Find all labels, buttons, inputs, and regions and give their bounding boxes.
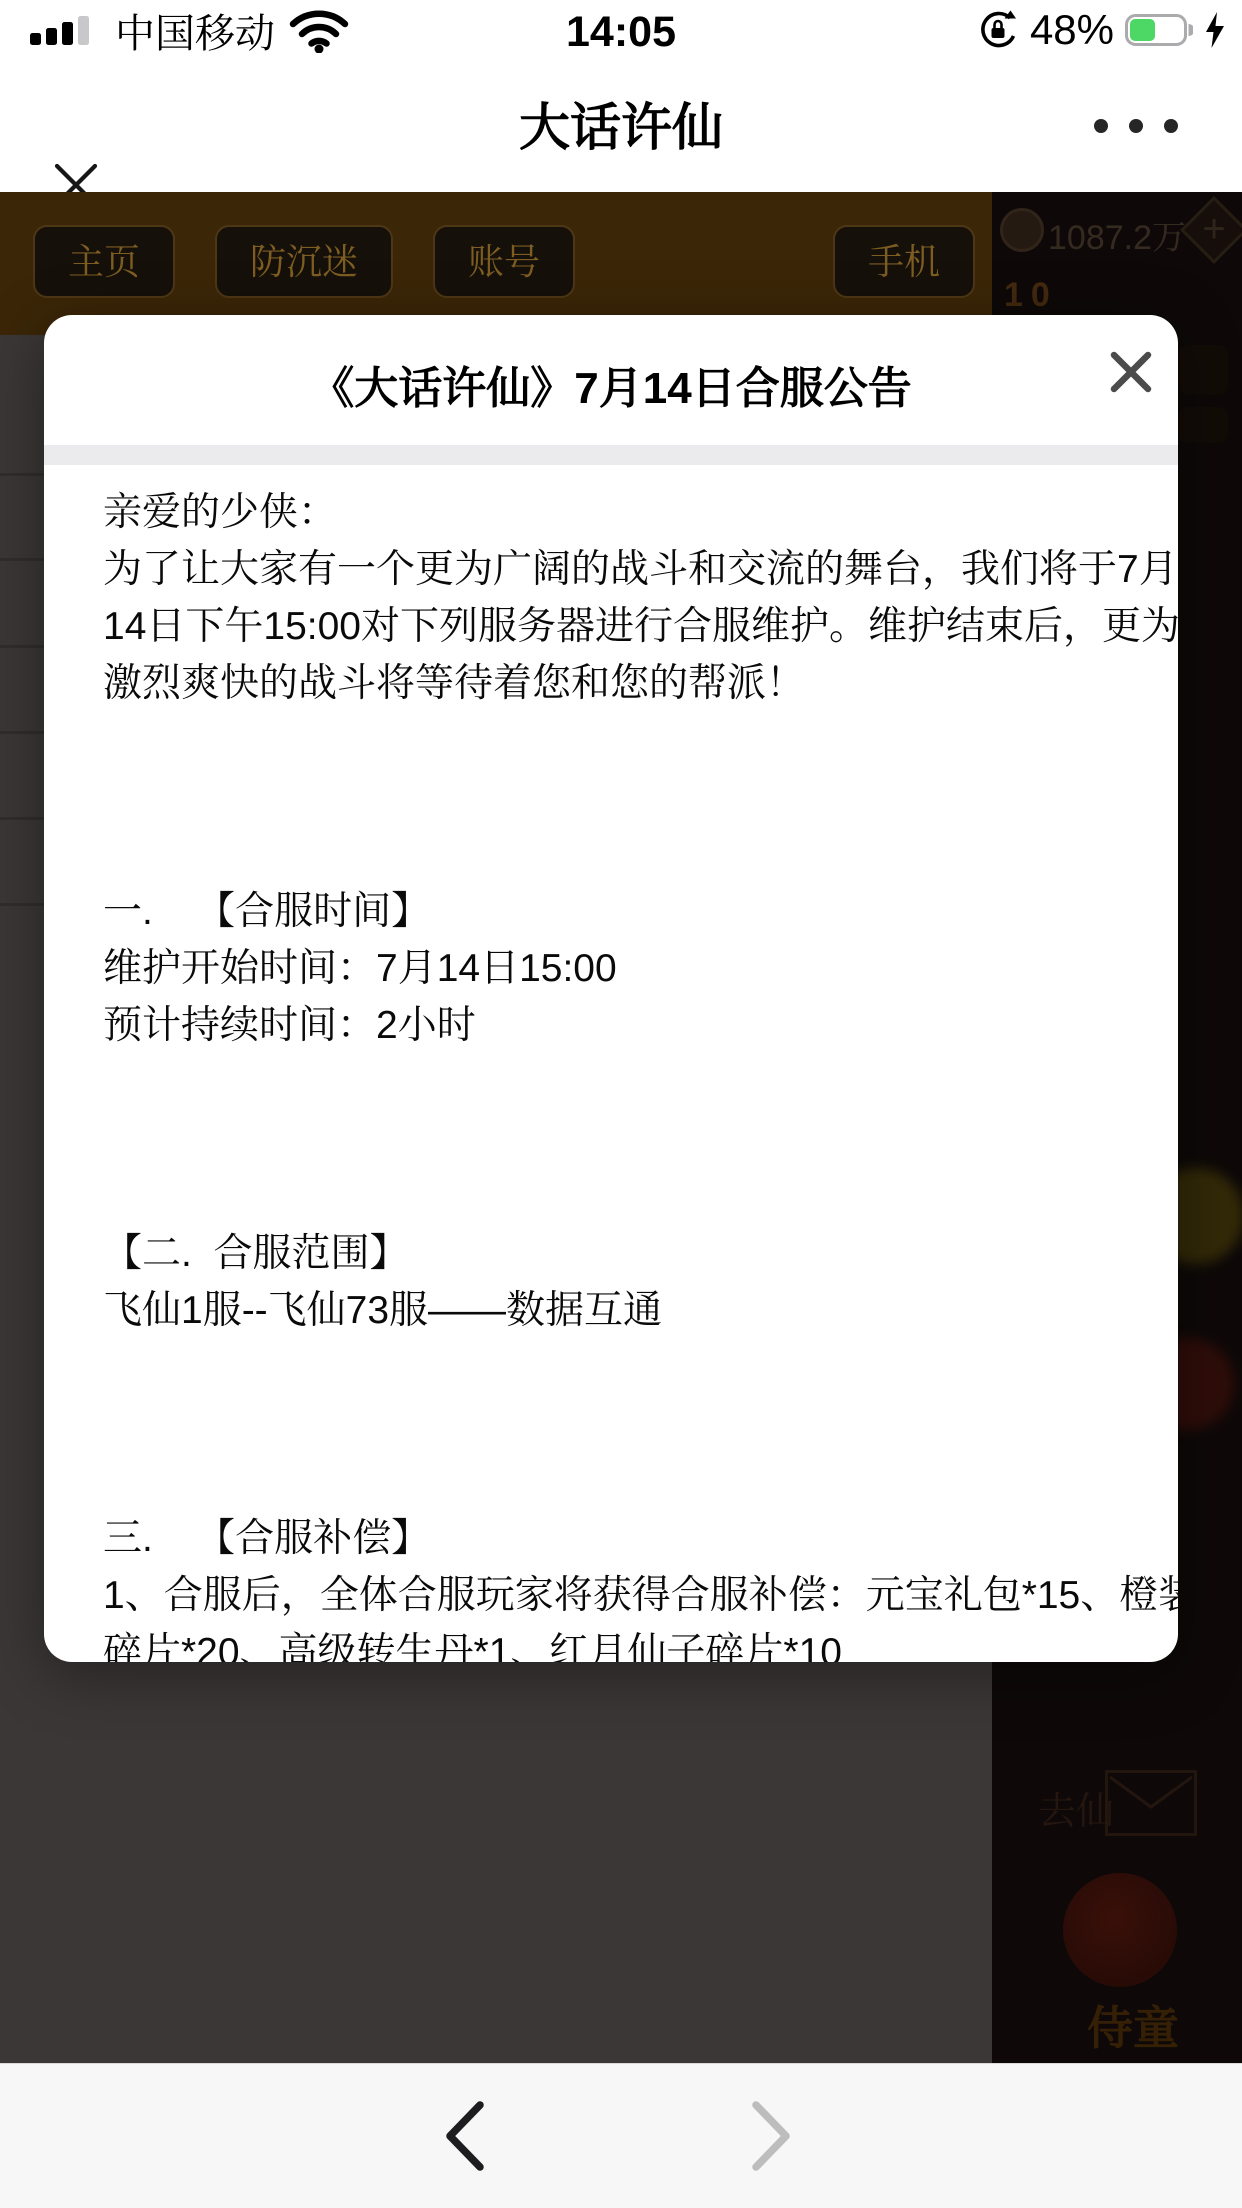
rotation-lock-icon	[977, 9, 1019, 51]
battery-percent: 48%	[1030, 6, 1114, 54]
charging-bolt-icon	[1204, 12, 1226, 48]
modal-body-line	[103, 1111, 1128, 1168]
modal-body-line	[103, 1168, 1128, 1225]
side-button-dimmed	[1178, 407, 1228, 443]
more-menu-icon[interactable]	[1094, 119, 1178, 133]
modal-body-line: 一. 【合服时间】	[103, 883, 1128, 940]
avatar-dimmed	[1063, 1873, 1177, 1987]
back-icon[interactable]	[440, 2097, 490, 2175]
calligraphy-dimmed: 侍童	[1087, 1992, 1179, 2058]
modal-body-line	[103, 1339, 1128, 1396]
header-nav-button[interactable]: 主页	[33, 225, 175, 298]
modal-body-line: 激烈爽快的战斗将等待着您和您的帮派！	[103, 655, 1128, 712]
browser-nav-bar: 大话许仙	[0, 60, 1242, 192]
modal-body-line	[103, 769, 1128, 826]
coin-counter: 1087.2万	[1048, 210, 1186, 259]
page-title: 大话许仙	[0, 60, 1242, 192]
modal-body-line: 14日下午15:00对下列服务器进行合服维护。维护结束后，更为	[103, 598, 1128, 655]
modal-body-line: 飞仙1服--飞仙73服——数据互通	[103, 1282, 1128, 1339]
add-coins-button[interactable]: +	[1180, 196, 1242, 264]
modal-body-line: 为了让大家有一个更为广阔的战斗和交流的舞台，我们将于7月	[103, 541, 1128, 598]
modal-body-line: 1、合服后，全体合服玩家将获得合服补偿：元宝礼包*15、橙装	[103, 1567, 1128, 1624]
modal-close-icon[interactable]	[1110, 351, 1152, 393]
faint-label: 去仙	[1038, 1780, 1114, 1835]
hud-badge: 10	[1004, 276, 1058, 315]
browser-toolbar	[0, 2063, 1242, 2208]
modal-divider-strip	[44, 445, 1178, 465]
modal-body-line	[103, 826, 1128, 883]
header-nav-button[interactable]: 手机	[833, 225, 975, 298]
battery-icon	[1125, 14, 1193, 46]
modal-body-line: 碎片*20、高级转生丹*1、红月仙子碎片*10	[103, 1624, 1128, 1662]
modal-body-line	[103, 1054, 1128, 1111]
modal-body-line	[103, 1396, 1128, 1453]
status-right-cluster: 48%	[977, 0, 1226, 60]
game-page-header: 主页防沉迷账号手机	[0, 192, 992, 335]
forward-icon[interactable]	[746, 2097, 796, 2175]
modal-body[interactable]: 亲爱的少侠：为了让大家有一个更为广阔的战斗和交流的舞台，我们将于7月14日下午1…	[44, 465, 1178, 1662]
status-bar: 中国移动 14:05 48%	[0, 0, 1242, 60]
modal-body-line: 亲爱的少侠：	[103, 484, 1128, 541]
modal-body-line: 三. 【合服补偿】	[103, 1510, 1128, 1567]
side-button-dimmed	[1178, 345, 1228, 395]
iphone-screen: 中国移动 14:05 48%	[0, 0, 1242, 2208]
modal-body-line: 预计持续时间：2小时	[103, 997, 1128, 1054]
mail-icon-dimmed	[1105, 1770, 1197, 1836]
announcement-modal: 《大话许仙》7月14日合服公告 亲爱的少侠：为了让大家有一个更为广阔的战斗和交流…	[44, 315, 1178, 1662]
modal-body-line: 【二. 合服范围】	[103, 1225, 1128, 1282]
modal-body-line	[103, 1453, 1128, 1510]
coin-icon	[1000, 208, 1044, 252]
modal-body-line	[103, 712, 1128, 769]
modal-title: 《大话许仙》7月14日合服公告	[44, 315, 1178, 416]
header-nav-button[interactable]: 防沉迷	[215, 225, 393, 298]
header-nav-button[interactable]: 账号	[433, 225, 575, 298]
modal-body-line: 维护开始时间：7月14日15:00	[103, 940, 1128, 997]
